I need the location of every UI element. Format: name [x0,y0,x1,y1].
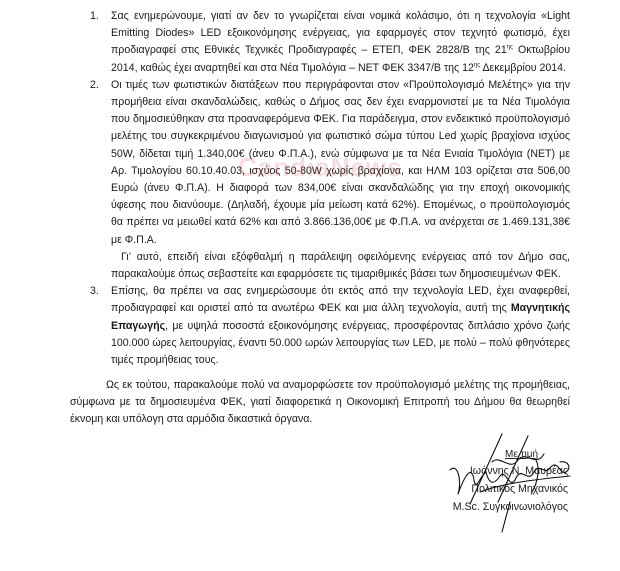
signature-block: Ιωάννης Ν. Μαυρέας Πολιτικός Μηχανικός M… [453,462,568,516]
closing-text: Ως εκ τούτου, παρακαλούμε πολύ να αναμορ… [70,377,570,429]
list-item-2: 2. Οι τιμές των φωτιστικών διατάξεων που… [90,77,570,283]
text-segment: Σας ενημερώνουμε, γιατί αν δεν το γνωρίζ… [111,10,570,56]
text-segment: Επίσης, θα πρέπει να σας ενημερώσουμε ότ… [111,285,570,314]
list-number: 2. [90,77,99,94]
paragraph-magnetic-induction: Επίσης, θα πρέπει να σας ενημερώσουμε ότ… [111,283,570,369]
signatory-name: Ιωάννης Ν. Μαυρέας [453,462,568,480]
text-segment: Δεκεμβρίου 2014. [480,62,566,74]
list-number: 1. [90,8,99,25]
signatory-title: Πολιτικός Μηχανικός [453,480,568,498]
paragraph-request-compliance: Γι’ αυτό, επειδή είναι εξόφθαλμή η παράλ… [111,249,570,283]
list-number: 3. [90,283,99,300]
paragraph-price-comparison: Οι τιμές των φωτιστικών διατάξεων που πε… [111,77,570,249]
closing-paragraph: Ως εκ τούτου, παρακαλούμε πολύ να αναμορ… [70,377,570,429]
signatory-qualification: M.Sc. Συγκοινωνιολόγος [453,498,568,516]
list-item-3: 3. Επίσης, θα πρέπει να σας ενημερώσουμε… [90,283,570,369]
document-page: 1. Σας ενημερώνουμε, γιατί αν δεν το γνω… [0,0,620,571]
list-item-1: 1. Σας ενημερώνουμε, γιατί αν δεν το γνω… [90,8,570,77]
text-segment: , με υψηλά ποσοστά εξοικονόμησης ενέργει… [111,320,570,366]
numbered-list: 1. Σας ενημερώνουμε, γιατί αν δεν το γνω… [90,8,570,369]
paragraph-led-standards: Σας ενημερώνουμε, γιατί αν δεν το γνωρίζ… [111,8,570,77]
salutation: Με τιμή [505,446,538,463]
